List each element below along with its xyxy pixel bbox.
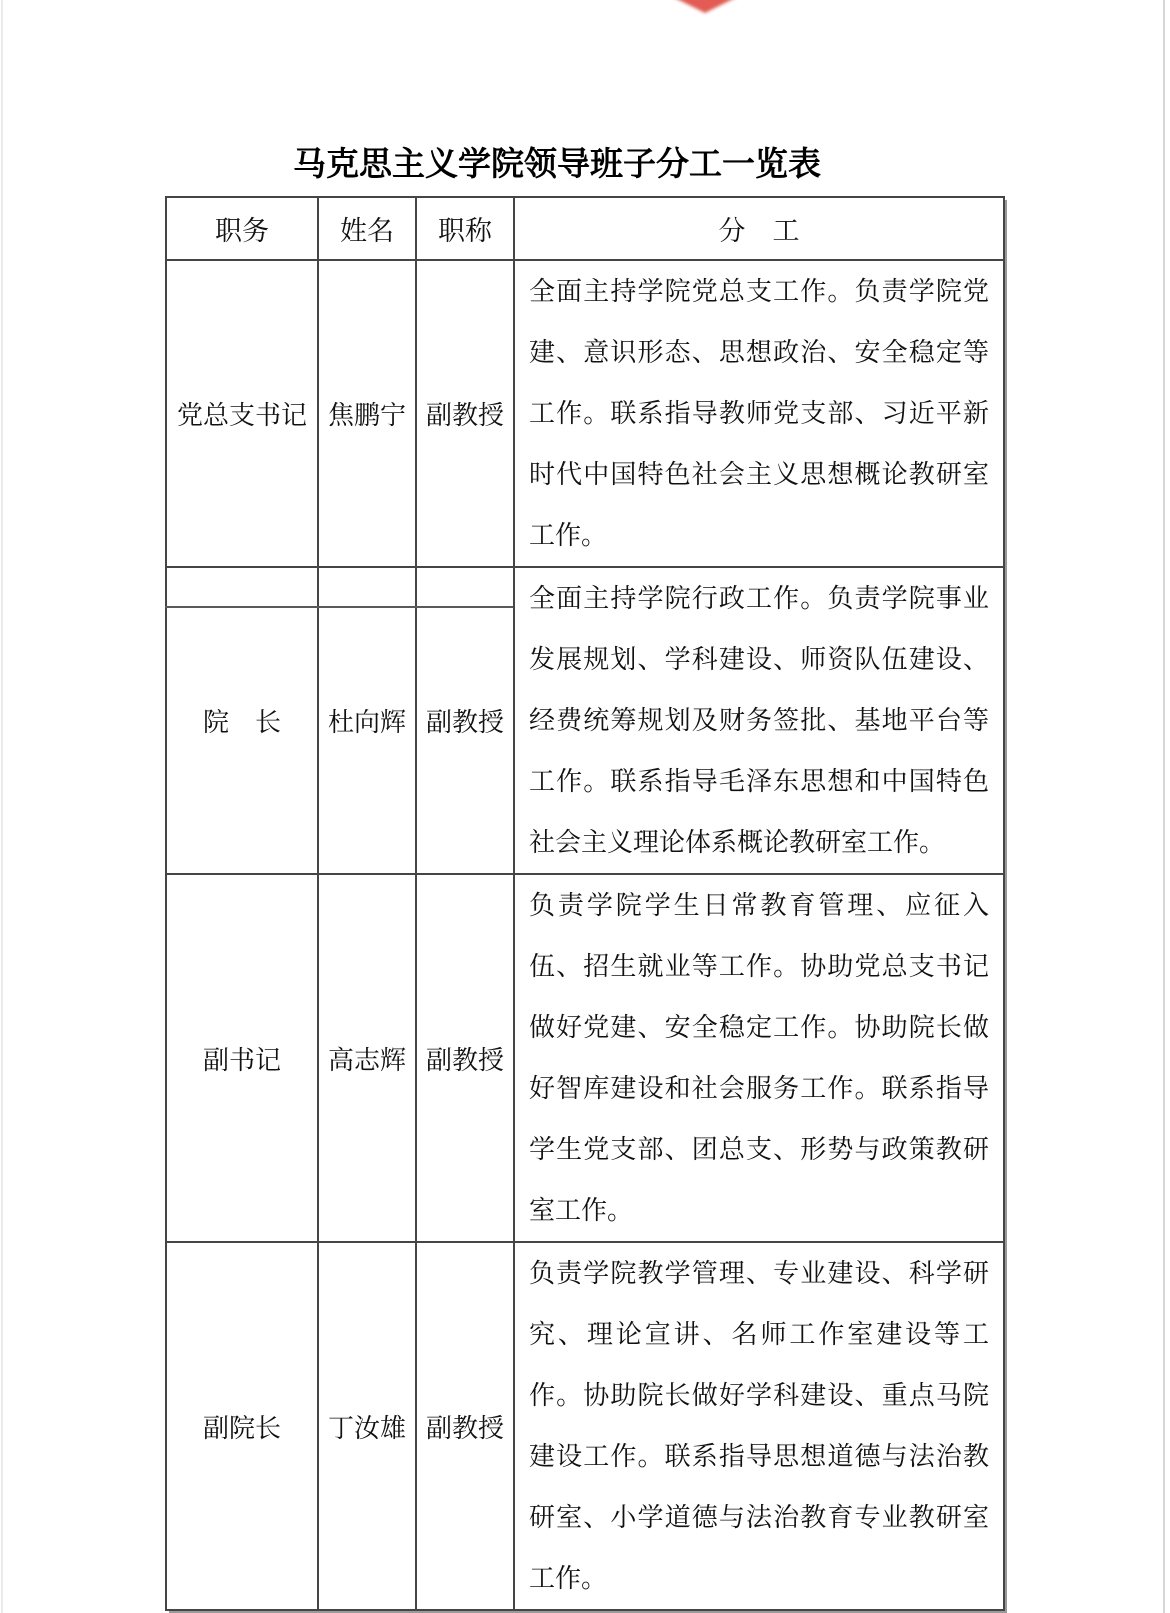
title-cell: 副教授: [416, 260, 514, 567]
duty-cell: 全面主持学院党总支工作。负责学院党建、意识形态、思想政治、安全稳定等工作。联系指…: [514, 260, 1004, 567]
table-row: 党总支书记 焦鹏宁 副教授 全面主持学院党总支工作。负责学院党建、意识形态、思想…: [166, 260, 1004, 567]
duty-cell: 负责学院学生日常教育管理、应征入伍、招生就业等工作。协助党总支书记做好党建、安全…: [514, 874, 1004, 1242]
duty-cell: 全面主持学院行政工作。负责学院事业发展规划、学科建设、师资队伍建设、经费统筹规划…: [514, 567, 1004, 874]
page-break-artifact-line: [165, 606, 513, 608]
position-cell: 副院长: [166, 1242, 318, 1610]
duty-cell: 负责学院教学管理、专业建设、科学研究、理论宣讲、名师工作室建设等工作。协助院长做…: [514, 1242, 1004, 1610]
header-position: 职务: [166, 197, 318, 260]
header-name: 姓名: [318, 197, 416, 260]
name-cell: 高志辉: [318, 874, 416, 1242]
page-right-edge: [1163, 0, 1165, 1613]
title-cell: 副教授: [416, 874, 514, 1242]
header-title: 职称: [416, 197, 514, 260]
page-left-edge: [1, 0, 3, 1613]
page-title: 马克思主义学院领导班子分工一览表: [293, 144, 821, 184]
header-duty: 分 工: [514, 197, 1004, 260]
name-cell: 丁汝雄: [318, 1242, 416, 1610]
name-cell: 杜向辉: [318, 567, 416, 874]
title-cell: 副教授: [416, 1242, 514, 1610]
document-page: { "page": { "title": "马克思主义学院领导班子分工一览表" …: [0, 0, 1170, 1613]
table-row: 副院长 丁汝雄 副教授 负责学院教学管理、专业建设、科学研究、理论宣讲、名师工作…: [166, 1242, 1004, 1610]
name-cell: 焦鹏宁: [318, 260, 416, 567]
chevron-down-icon: [671, 0, 739, 13]
table-row: 副书记 高志辉 副教授 负责学院学生日常教育管理、应征入伍、招生就业等工作。协助…: [166, 874, 1004, 1242]
title-cell: 副教授: [416, 567, 514, 874]
position-cell: 党总支书记: [166, 260, 318, 567]
position-cell: 副书记: [166, 874, 318, 1242]
table-header-row: 职务 姓名 职称 分 工: [166, 197, 1004, 260]
table-row: 院 长 杜向辉 副教授 全面主持学院行政工作。负责学院事业发展规划、学科建设、师…: [166, 567, 1004, 874]
position-cell: 院 长: [166, 567, 318, 874]
leadership-duty-table: 职务 姓名 职称 分 工 党总支书记 焦鹏宁 副教授 全面主持学院党总支工作。负…: [165, 196, 1005, 1611]
